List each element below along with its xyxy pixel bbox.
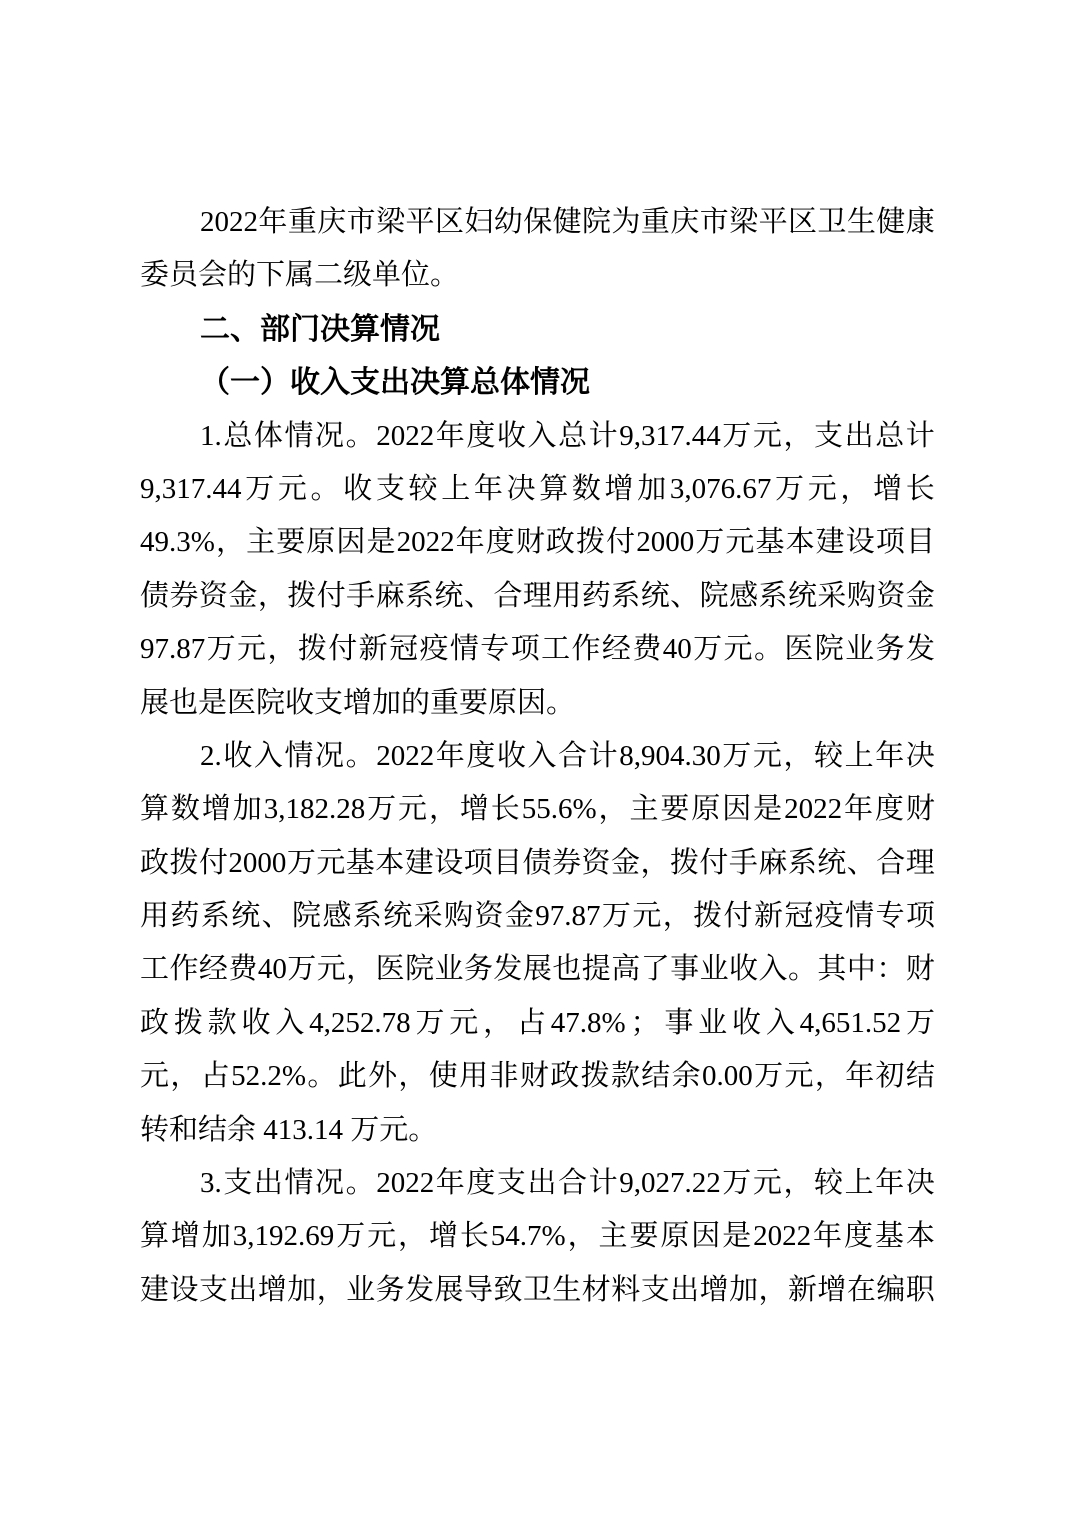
text-line: 二、部门决算情况 — [140, 303, 935, 356]
heading-subsection-1: （一）收入支出决算总体情况 — [140, 356, 935, 409]
text-line: 9,317.44万元。收支较上年决算数增加3,076.67万元，增长 — [140, 463, 935, 516]
heading-section-2: 二、部门决算情况 — [140, 303, 935, 356]
text-line: 算数增加3,182.28万元，增长55.6%，主要原因是2022年度财 — [140, 783, 935, 836]
document-page: 2022年重庆市梁平区妇幼保健院为重庆市梁平区卫生健康委员会的下属二级单位。二、… — [0, 0, 1075, 1521]
text-line: 债券资金，拨付手麻系统、合理用药系统、院感系统采购资金 — [140, 570, 935, 623]
text-line: 算增加3,192.69万元，增长54.7%，主要原因是2022年度基本 — [140, 1210, 935, 1263]
paragraph-expenditure-situation: 3.支出情况。2022年度支出合计9,027.22万元，较上年决算增加3,192… — [140, 1157, 935, 1317]
text-line: 49.3%，主要原因是2022年度财政拨付2000万元基本建设项目 — [140, 516, 935, 569]
text-line: 委员会的下属二级单位。 — [140, 249, 935, 302]
text-line: 政拨付2000万元基本建设项目债券资金，拨付手麻系统、合理 — [140, 837, 935, 890]
text-line: 2022年重庆市梁平区妇幼保健院为重庆市梁平区卫生健康 — [140, 196, 935, 249]
text-line: 2.收入情况。2022年度收入合计8,904.30万元，较上年决 — [140, 730, 935, 783]
text-line: （一）收入支出决算总体情况 — [140, 356, 935, 409]
text-line: 3.支出情况。2022年度支出合计9,027.22万元，较上年决 — [140, 1157, 935, 1210]
text-line: 政拨款收入4,252.78万元，占47.8%；事业收入4,651.52万 — [140, 997, 935, 1050]
text-line: 展也是医院收支增加的重要原因。 — [140, 677, 935, 730]
document-content: 2022年重庆市梁平区妇幼保健院为重庆市梁平区卫生健康委员会的下属二级单位。二、… — [140, 196, 935, 1317]
paragraph-income-situation: 2.收入情况。2022年度收入合计8,904.30万元，较上年决算数增加3,18… — [140, 730, 935, 1157]
text-line: 建设支出增加，业务发展导致卫生材料支出增加，新增在编职 — [140, 1264, 935, 1317]
paragraph-overall-situation: 1.总体情况。2022年度收入总计9,317.44万元，支出总计9,317.44… — [140, 410, 935, 730]
text-line: 97.87万元，拨付新冠疫情专项工作经费40万元。医院业务发 — [140, 623, 935, 676]
paragraph-org-affiliation: 2022年重庆市梁平区妇幼保健院为重庆市梁平区卫生健康委员会的下属二级单位。 — [140, 196, 935, 303]
text-line: 用药系统、院感系统采购资金97.87万元，拨付新冠疫情专项 — [140, 890, 935, 943]
text-line: 转和结余 413.14 万元。 — [140, 1104, 935, 1157]
text-line: 工作经费40万元，医院业务发展也提高了事业收入。其中：财 — [140, 943, 935, 996]
text-line: 1.总体情况。2022年度收入总计9,317.44万元，支出总计 — [140, 410, 935, 463]
text-line: 元，占52.2%。此外，使用非财政拨款结余0.00万元，年初结 — [140, 1050, 935, 1103]
